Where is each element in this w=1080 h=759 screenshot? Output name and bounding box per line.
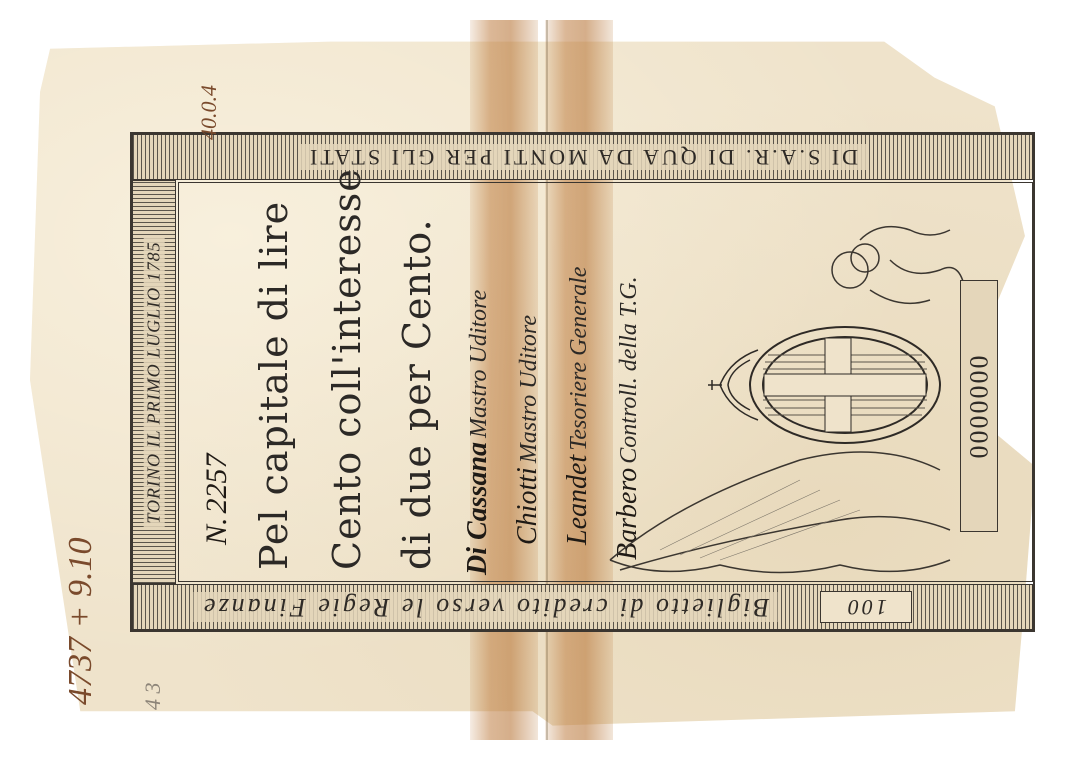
- body-line-2: Cento coll'interesse: [325, 168, 369, 570]
- signature: Chiotti: [512, 467, 543, 545]
- denomination-value: 100: [845, 594, 887, 620]
- denomination-box: 100: [820, 591, 912, 623]
- handwritten-note-bottom: 4 3: [140, 683, 166, 711]
- signatory-title: Tesoriere Generale: [566, 267, 592, 451]
- date-text: TORINO IL PRIMO LUGLIO 1785: [144, 235, 165, 529]
- body-line-1: Pel capitale di lire: [252, 201, 296, 570]
- denomination-zeros-strip: 0000000: [960, 280, 998, 532]
- serial-number: N. 2257: [200, 453, 234, 545]
- signatory-title: Controll. della T.G.: [616, 276, 642, 463]
- signatory-title: Mastro Uditore: [466, 290, 492, 438]
- signature: Leandet: [562, 455, 593, 545]
- handwritten-note-left: 4737 + 9.10: [62, 538, 100, 705]
- signatory-title: Mastro Uditore: [516, 315, 542, 463]
- top-border-band: DI S.A.R. DI QUA DA MONTI PER GLI STATI: [132, 134, 1033, 180]
- handwritten-note-top: 40.0.4: [196, 85, 222, 140]
- serial-prefix: N.: [200, 517, 233, 545]
- bottom-band-text: Biglietto di credito verso le Regie Fina…: [193, 592, 777, 622]
- signatory-3: Leandet Tesoriere Generale: [562, 267, 594, 545]
- body-line-3: di due per Cento.: [395, 218, 439, 570]
- zeros-text: 0000000: [964, 354, 994, 459]
- bottom-border-band: Biglietto di credito verso le Regie Fina…: [132, 584, 1033, 630]
- signatory-2: Chiotti Mastro Uditore: [512, 315, 544, 545]
- drapery-illustration: [600, 440, 960, 580]
- signatory-1: Di Cassana Mastro Uditore: [462, 290, 494, 575]
- left-border-band: TORINO IL PRIMO LUGLIO 1785: [132, 180, 176, 584]
- cherub-figure-icon: [810, 200, 970, 350]
- serial-value: 2257: [200, 453, 233, 513]
- signature: Di Cassana: [462, 442, 493, 575]
- top-band-text: DI S.A.R. DI QUA DA MONTI PER GLI STATI: [299, 144, 866, 170]
